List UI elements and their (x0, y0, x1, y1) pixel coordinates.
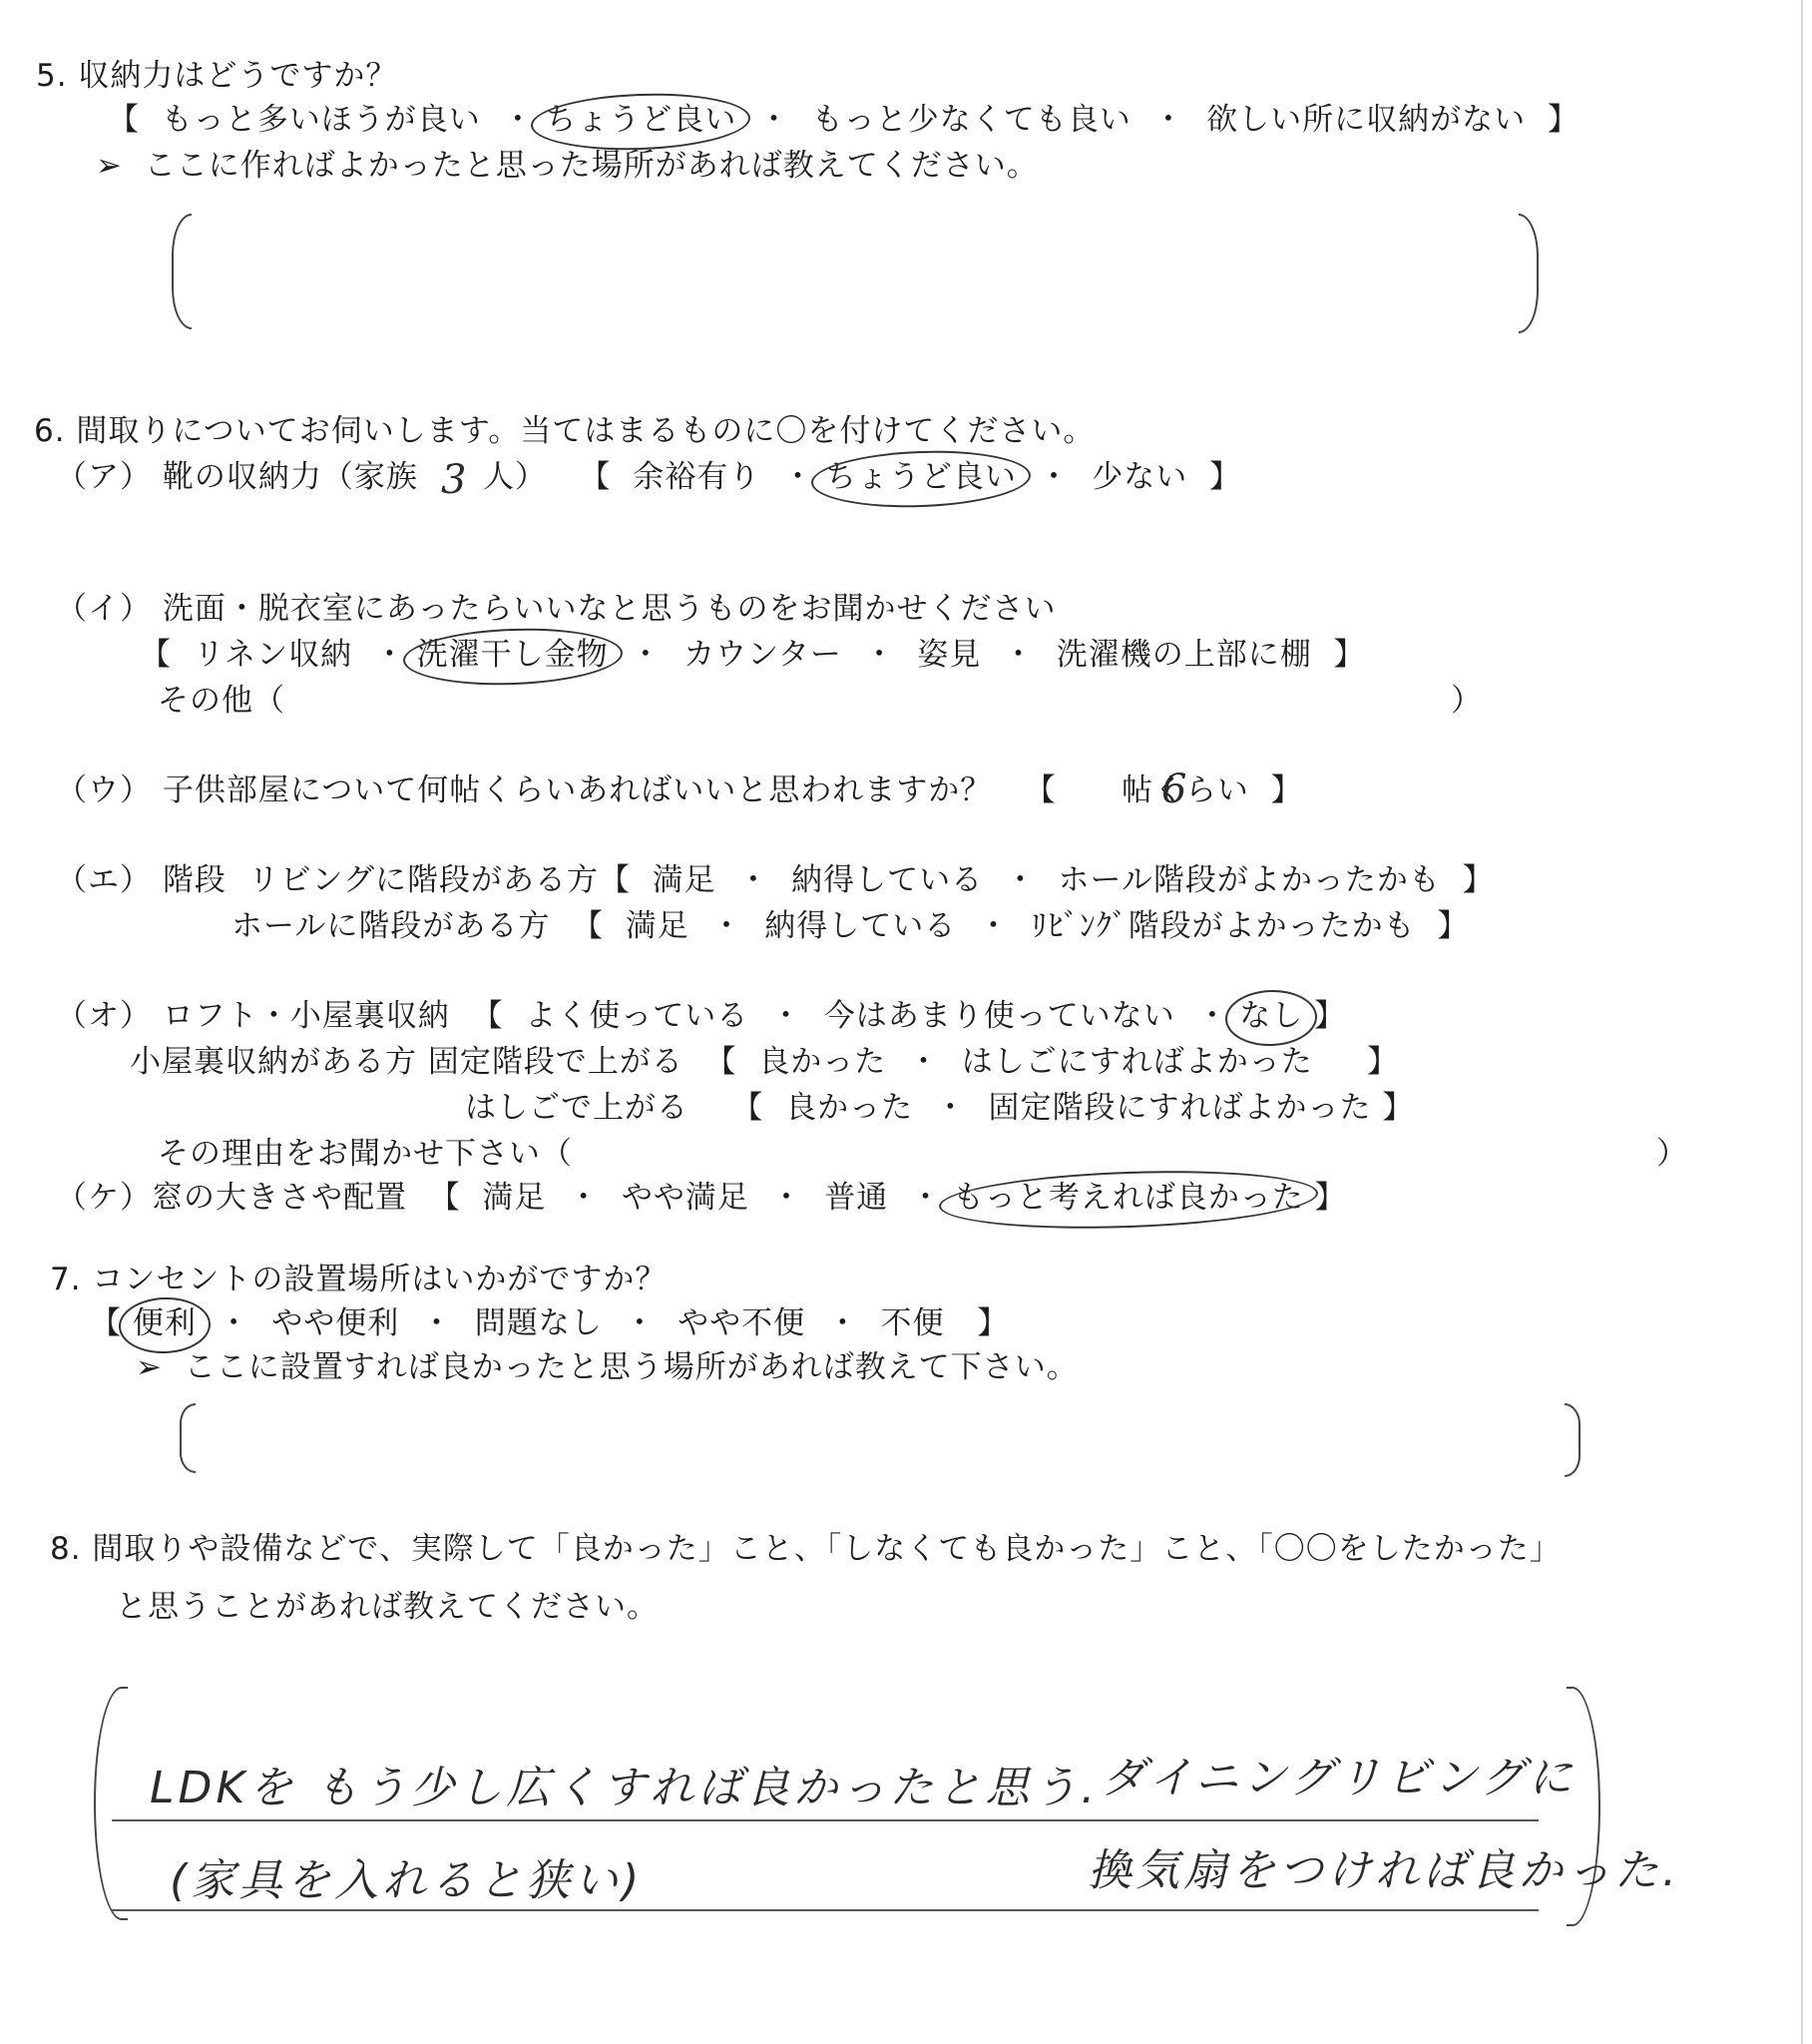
q6-e-row1-option-2[interactable]: 納得している (791, 860, 983, 900)
arrow-bullet-icon: ➢ (136, 1349, 163, 1385)
q8-title-line1: 8. 間取りや設備などで、実際して「良かった」こと、「しなくても良かった」こと、… (50, 1529, 1562, 1569)
q6-i-option-5[interactable]: 洗濯機の上部に棚 (1057, 635, 1312, 675)
q7-option-2[interactable]: やや便利 (271, 1303, 399, 1343)
q6-o-ladder-row: はしごで上がる 【 良かった ・ 固定階段にすればよかった 】 (465, 1088, 1414, 1128)
q8-title-line2: と思うことがあれば教えてください。 (116, 1587, 659, 1627)
q8-handwritten-line2a[interactable]: (家具を入れると狭い) (170, 1844, 643, 1908)
q8-handwritten-line2b[interactable]: 換気扇をつければ良かった. (1088, 1834, 1680, 1898)
q5-answer-close-paren (1519, 214, 1539, 333)
q6-ke-row: （ケ）窓の大きさや配置 【 満足 ・ やや満足 ・ 普通 ・ もっと考えれば良か… (56, 1178, 1347, 1218)
q6-e-row2-option-3[interactable]: ﾘﾋﾞﾝｸﾞ階段がよかったかも (1032, 906, 1416, 946)
q6-a-row: （ア） 靴の収納力（家族 人） 【 余裕有り ・ ちょうど良い ・ 少ない 】 (56, 457, 1241, 497)
q6-i-option-2-selected[interactable]: 洗濯干し金物 (417, 635, 609, 675)
q6-ke-option-4-selected[interactable]: もっと考えれば良かった (953, 1178, 1304, 1218)
q6-i-row: （イ） 洗面・脱衣室にあったらいいなと思うものをお聞かせください (56, 589, 1057, 629)
q6-i-other-close: ） (1451, 681, 1483, 721)
q6-o-option-3-selected[interactable]: なし (1239, 996, 1303, 1036)
q8-handwritten-line1a[interactable]: LDKを もう少し広くすれば良かったと思う. (150, 1752, 1099, 1815)
q6-o-option-1[interactable]: よく使っている (525, 996, 748, 1036)
q6-e-row1: （エ） 階段 リビングに階段がある方【 満足 ・ 納得している ・ ホール階段が… (56, 860, 1495, 900)
q5-title: 5. 収納力はどうですか？ (36, 56, 397, 96)
page-edge (1801, 0, 1803, 2044)
q6-i-option-4[interactable]: 姿見 (917, 635, 981, 675)
q7-option-5[interactable]: 不便 (881, 1303, 945, 1343)
q5-option-4[interactable]: 欲しい所に収納がない (1206, 100, 1526, 140)
q6-i-options: 【 リネン収納 ・ 洗濯干し金物 ・ カウンター ・ 姿見 ・ 洗濯機の上部に棚… (140, 635, 1365, 675)
q6-i-option-3[interactable]: カウンター (683, 635, 842, 675)
q6-e-row2-option-1[interactable]: 満足 (626, 906, 689, 946)
q7-answer-field[interactable] (204, 1417, 1551, 1457)
q6-o-fixed-row: 小屋裏収納がある方 固定階段で上がる 【 良かった ・ はしごにすればよかった … (130, 1042, 1399, 1082)
q5-option-2-selected[interactable]: ちょうど良い (545, 100, 736, 140)
q6-o-reason-label: その理由をお聞かせ下さい（ (158, 1134, 573, 1174)
q6-title: 6. 間取りについてお伺いします。当てはまるものに〇を付けてください。 (34, 411, 1095, 451)
q6-o-fixed-option-2[interactable]: はしごにすればよかった (962, 1042, 1313, 1082)
q6-a-option-1[interactable]: 余裕有り (633, 457, 760, 497)
q6-o-option-2[interactable]: 今はあまり使っていない (824, 996, 1175, 1036)
q5-option-3[interactable]: もっと少なくても良い (812, 100, 1132, 140)
arrow-bullet-icon: ➢ (96, 148, 123, 184)
q6-e-row1-option-1[interactable]: 満足 (653, 860, 716, 900)
q7-title: 7. コンセントの設置場所はいかがですか？ (50, 1260, 667, 1299)
q6-o-fixed-option-1[interactable]: 良かった (758, 1042, 886, 1082)
q6-o-reason-close: ） (1656, 1134, 1688, 1174)
q6-ke-option-1[interactable]: 満足 (482, 1178, 546, 1218)
q5-answer-field[interactable] (200, 250, 1497, 289)
q6-u-row: （ウ） 子供部屋について何帖くらいあればいいと思われますか？ 【 帖くらい 】 (56, 770, 1303, 810)
q5-options: 【 もっと多いほうが良い ・ ちょうど良い ・ もっと少なくても良い ・ 欲しい… (108, 100, 1580, 140)
q5-option-1[interactable]: もっと多いほうが良い (162, 100, 481, 140)
q6-i-other-label: その他（ (158, 681, 285, 721)
q7-options: 【 便利 ・ やや便利 ・ 問題なし ・ やや不便 ・ 不便 】 (90, 1303, 1009, 1343)
q6-e-row2-option-2[interactable]: 納得している (764, 906, 956, 946)
answer-line-1 (112, 1819, 1539, 1821)
q7-option-4[interactable]: やや不便 (678, 1303, 805, 1343)
q7-prompt: ➢ ここに設置すれば良かったと思う場所があれば教えて下さい。 (136, 1347, 1079, 1387)
q6-o-ladder-option-2[interactable]: 固定階段にすればよかった (989, 1088, 1372, 1128)
q8-handwritten-line1b[interactable]: ダイニングリビングに (1102, 1742, 1577, 1805)
q6-i-option-1[interactable]: リネン収納 (194, 635, 352, 675)
q7-answer-close-paren (1565, 1403, 1581, 1477)
q7-option-3[interactable]: 問題なし (475, 1303, 603, 1343)
q6-e-row2: ホールに階段がある方 【 満足 ・ 納得している ・ ﾘﾋﾞﾝｸﾞ階段がよかった… (231, 906, 1469, 946)
q6-o-ladder-option-1[interactable]: 良かった (785, 1088, 913, 1128)
q7-option-1-selected[interactable]: 便利 (133, 1303, 197, 1343)
q5-answer-open-paren (172, 214, 192, 329)
q6-e-row1-option-3[interactable]: ホール階段がよかったかも (1059, 860, 1441, 900)
q6-u-value[interactable]: 6 (1161, 766, 1186, 812)
q6-a-option-2-selected[interactable]: ちょうど良い (825, 457, 1017, 497)
q8-answer-open-paren (94, 1687, 128, 1920)
q6-a-family-count[interactable]: 3 (441, 457, 466, 503)
q6-ke-option-3[interactable]: 普通 (824, 1178, 888, 1218)
q6-o-row: （オ） ロフト・小屋裏収納 【 よく使っている ・ 今はあまり使っていない ・ … (56, 996, 1346, 1036)
answer-line-2 (112, 1909, 1539, 1911)
q6-a-option-3[interactable]: 少ない (1092, 457, 1187, 497)
q6-ke-option-2[interactable]: やや満足 (622, 1178, 749, 1218)
q7-answer-open-paren (180, 1403, 196, 1473)
q5-prompt: ➢ ここに作ればよかったと思った場所があれば教えてください。 (96, 146, 1039, 186)
